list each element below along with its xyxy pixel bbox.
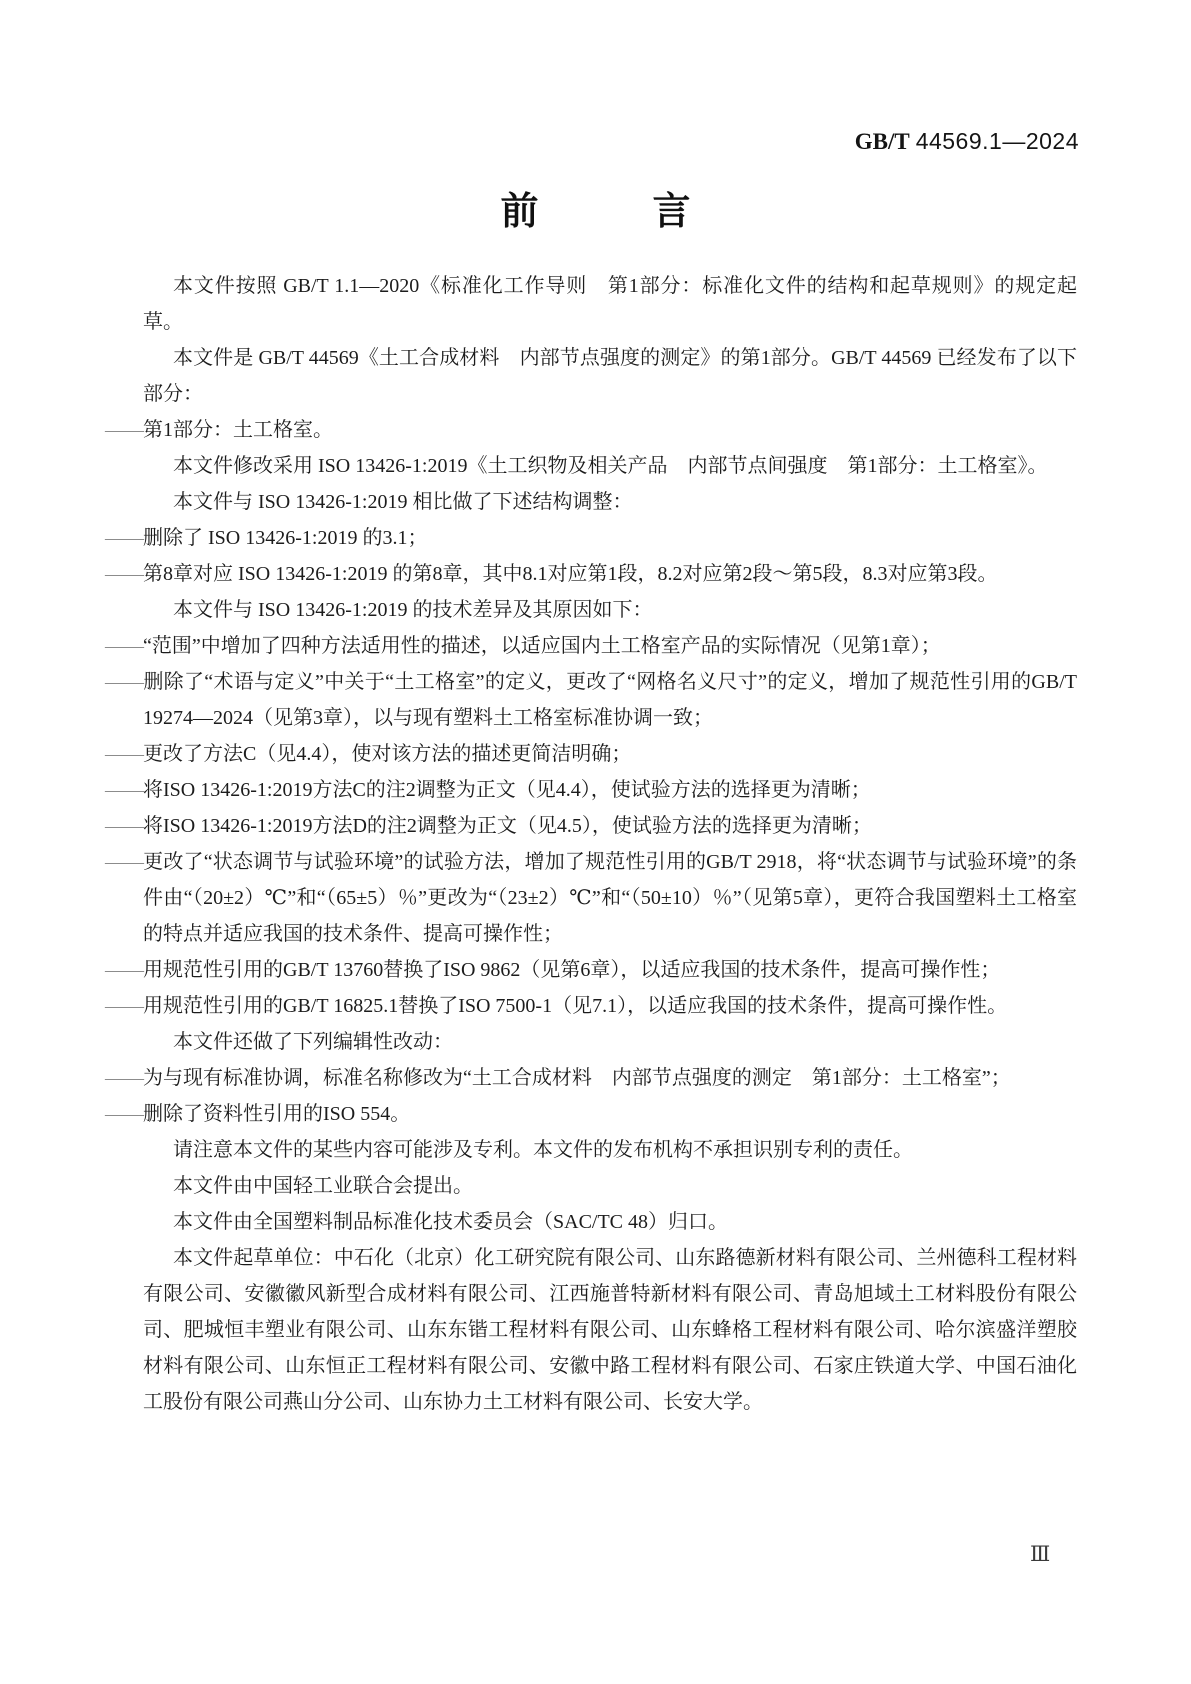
page-title: 前 言 [0,180,1191,235]
standard-prefix: GB/T [855,129,910,154]
dash-marker: —— [105,635,143,657]
paragraph: 本文件按照 GB/T 1.1—2020《标准化工作导则 第1部分：标准化文件的结… [143,268,1077,340]
list-item: ——删除了 ISO 13426-1:2019 的3.1； [143,520,1077,556]
list-item: ——用规范性引用的GB/T 13760替换了ISO 9862（见第6章），以适应… [143,952,1077,988]
dash-marker: —— [105,1067,143,1089]
dash-marker: —— [105,743,143,765]
list-item: ——更改了方法C（见4.4），使对该方法的描述更简洁明确； [143,736,1077,772]
dash-marker: —— [105,527,143,549]
dash-marker: —— [105,851,143,873]
paragraph: 本文件修改采用 ISO 13426-1:2019《土工织物及相关产品 内部节点间… [143,448,1077,484]
dash-marker: —— [105,1103,143,1125]
dash-marker: —— [105,419,143,441]
standard-number-value: 44569.1—2024 [916,128,1079,154]
paragraph: 本文件起草单位：中石化（北京）化工研究院有限公司、山东路德新材料有限公司、兰州德… [143,1240,1077,1420]
list-item: ——为与现有标准协调，标准名称修改为“土工合成材料 内部节点强度的测定 第1部分… [143,1060,1077,1096]
document-body: 本文件按照 GB/T 1.1—2020《标准化工作导则 第1部分：标准化文件的结… [143,268,1077,1420]
paragraph: 请注意本文件的某些内容可能涉及专利。本文件的发布机构不承担识别专利的责任。 [143,1132,1077,1168]
dash-marker: —— [105,563,143,585]
dash-marker: —— [105,959,143,981]
list-item: ——第8章对应 ISO 13426-1:2019 的第8章，其中8.1对应第1段… [143,556,1077,592]
page-number: Ⅲ [1030,1542,1050,1567]
list-item: ——删除了资料性引用的ISO 554。 [143,1096,1077,1132]
dash-marker: —— [105,671,143,693]
list-item: ——删除了“术语与定义”中关于“土工格室”的定义，更改了“网格名义尺寸”的定义，… [143,664,1077,736]
document-page: GB/T44569.1—2024 前 言 本文件按照 GB/T 1.1—2020… [0,0,1191,1684]
dash-marker: —— [105,815,143,837]
paragraph: 本文件与 ISO 13426-1:2019 的技术差异及其原因如下： [143,592,1077,628]
list-item: ——“范围”中增加了四种方法适用性的描述，以适应国内土工格室产品的实际情况（见第… [143,628,1077,664]
list-item: ——更改了“状态调节与试验环境”的试验方法，增加了规范性引用的GB/T 2918… [143,844,1077,952]
paragraph: 本文件还做了下列编辑性改动： [143,1024,1077,1060]
paragraph: 本文件由中国轻工业联合会提出。 [143,1168,1077,1204]
list-item: ——用规范性引用的GB/T 16825.1替换了ISO 7500-1（见7.1）… [143,988,1077,1024]
standard-number-header: GB/T44569.1—2024 [855,128,1079,155]
dash-marker: —— [105,779,143,801]
list-item: ——第1部分：土工格室。 [143,412,1077,448]
list-item: ——将ISO 13426-1:2019方法C的注2调整为正文（见4.4），使试验… [143,772,1077,808]
paragraph: 本文件是 GB/T 44569《土工合成材料 内部节点强度的测定》的第1部分。G… [143,340,1077,412]
paragraph: 本文件由全国塑料制品标准化技术委员会（SAC/TC 48）归口。 [143,1204,1077,1240]
dash-marker: —— [105,995,143,1017]
paragraph: 本文件与 ISO 13426-1:2019 相比做了下述结构调整： [143,484,1077,520]
list-item: ——将ISO 13426-1:2019方法D的注2调整为正文（见4.5），使试验… [143,808,1077,844]
